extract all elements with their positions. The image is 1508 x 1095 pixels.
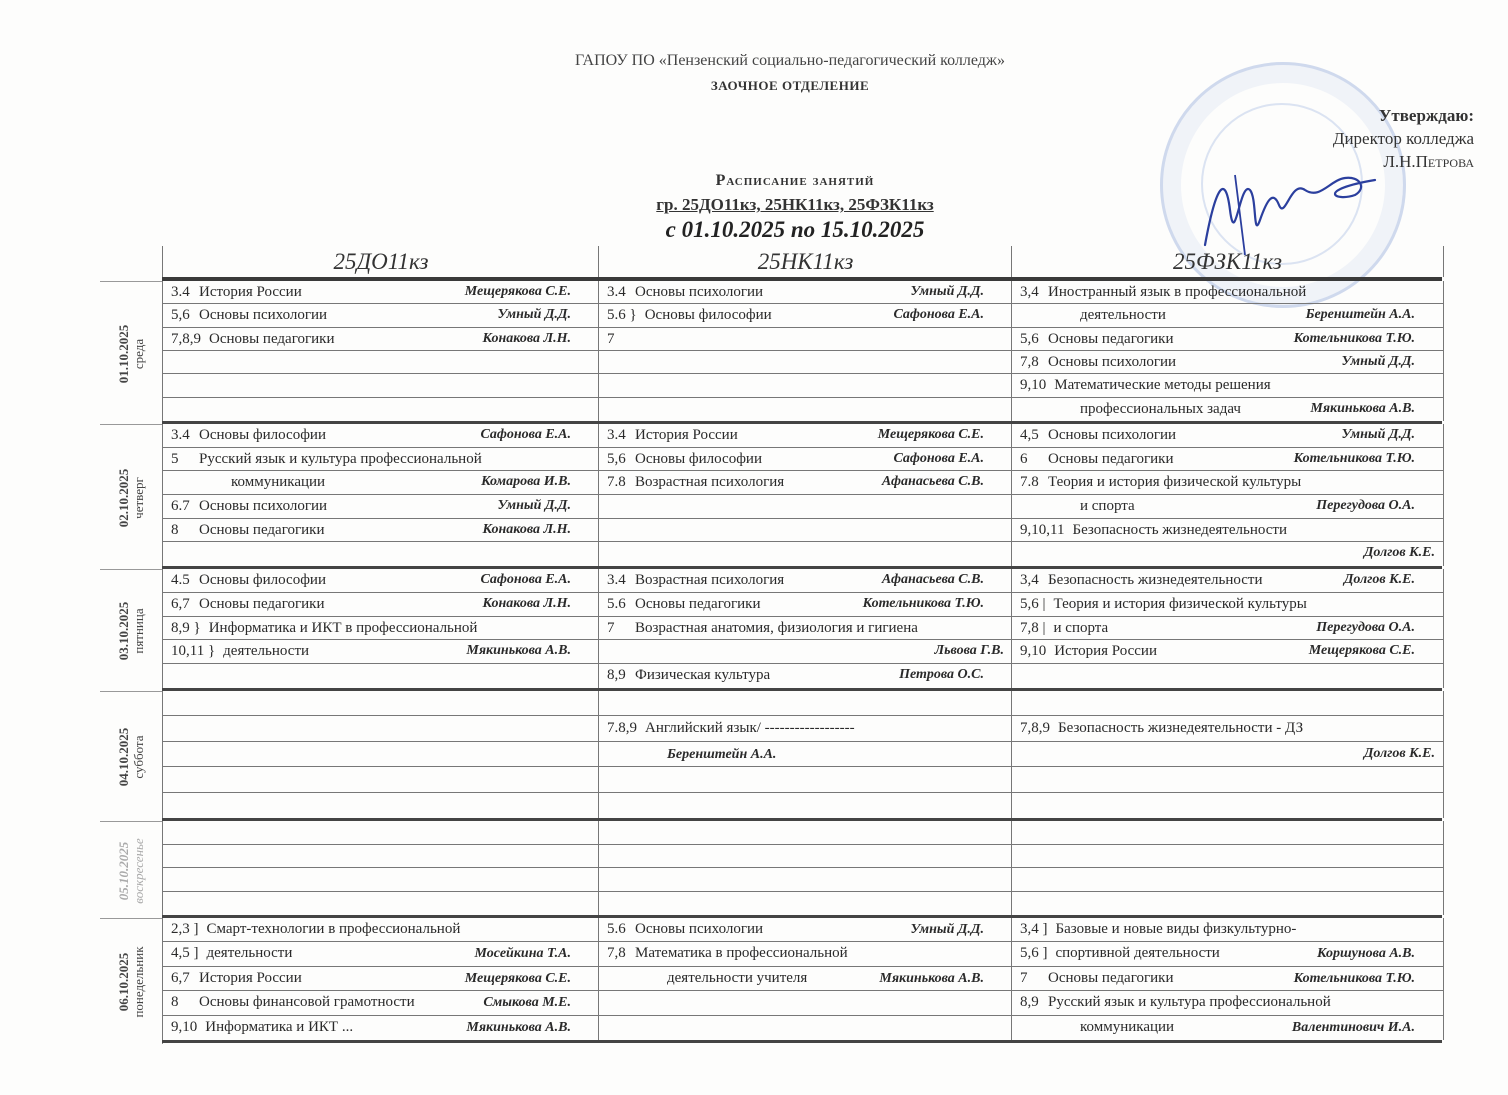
lesson-row (163, 716, 599, 741)
group-day-cell: 7.8,9Английский язык/ ------------------… (598, 691, 1012, 818)
lesson-row: 6,7Основы педагогикиКонакова Л.Н. (163, 593, 599, 617)
day-block: 4.5Основы философииСафонова Е.А.6,7Основ… (162, 569, 1442, 691)
lesson-number: 3,4 ] (1020, 918, 1048, 941)
lesson-teacher: Валентинович И.А. (1292, 1016, 1415, 1039)
lesson-row: 5Русский язык и культура профессионально… (163, 448, 599, 472)
day-block: 2,3 ]Смарт-технологии в профессиональной… (162, 918, 1442, 1043)
lesson-subject: Основы философии (635, 451, 762, 467)
lesson-number: 7,8,9 (171, 328, 201, 350)
lesson-teacher: Умный Д.Д. (497, 495, 571, 518)
lesson-subject: деятельности учителя (667, 970, 807, 986)
lesson-row (163, 351, 599, 374)
lesson-teacher: Мякинькова А.В. (1310, 398, 1415, 420)
lesson-number: 3,4 (1020, 281, 1040, 303)
lesson-teacher: Умный Д.Д. (910, 918, 984, 941)
lesson-row (163, 542, 599, 565)
lesson-subject: Безопасность жизнедеятельности - ДЗ (1058, 720, 1303, 736)
lesson-row: 7,8,9Основы педагогикиКонакова Л.Н. (163, 328, 599, 351)
group-header-3: 25ФЗК11кз (1011, 246, 1444, 277)
lesson-row: 5,6 |Теория и история физической культур… (1012, 593, 1443, 617)
lesson-teacher: Сафонова Е.А. (480, 424, 571, 447)
lesson-subject: деятельности (1080, 307, 1166, 323)
lesson-teacher: Умный Д.Д. (910, 281, 984, 303)
lesson-row: 9,10,11Безопасность жизнедеятельности (1012, 519, 1443, 543)
lesson-subject: Основы педагогики (1048, 451, 1173, 467)
lesson-row: 9,10История РоссииМещерякова С.Е. (1012, 640, 1443, 664)
day-date: 03.10.2025 (116, 602, 131, 661)
lesson-number: 7 (607, 328, 627, 350)
lesson-subject: Русский язык и культура профессиональной (199, 451, 482, 467)
lesson-row (163, 398, 599, 420)
day-label-cell: 06.10.2025понедельник (100, 918, 163, 1044)
lesson-row: 3,4Безопасность жизнедеятельностиДолгов … (1012, 569, 1443, 593)
day-weekday: среда (131, 324, 146, 383)
lesson-subject: Базовые и новые виды физкультурно- (1056, 921, 1297, 937)
group-day-cell: 3.4Основы философииСафонова Е.А.5Русский… (162, 424, 599, 566)
group-day-cell (598, 821, 1012, 915)
lesson-row (599, 542, 1012, 565)
group-day-cell: 5.6Основы психологииУмный Д.Д.7,8Математ… (598, 918, 1012, 1040)
day-label: 04.10.2025суббота (116, 728, 146, 787)
approval-block: Утверждаю: Директор колледжа Л.Н.Петрова (1333, 104, 1474, 173)
day-weekday: суббота (131, 728, 146, 787)
lesson-row: 5,6Основы психологииУмный Д.Д. (163, 304, 599, 327)
day-weekday: пятница (131, 602, 146, 661)
lesson-number: 3.4 (607, 281, 627, 303)
lesson-teacher: Афанасьева С.В. (882, 471, 984, 494)
lesson-row: 5,6Основы педагогикиКотельникова Т.Ю. (1012, 328, 1443, 351)
lesson-subject: Безопасность жизнедеятельности (1072, 522, 1287, 538)
lesson-row: 5,6 ]спортивной деятельностиКоршунова А.… (1012, 942, 1443, 966)
lesson-row: 4,5Основы психологииУмный Д.Д. (1012, 424, 1443, 448)
day-date: 04.10.2025 (116, 728, 131, 787)
lesson-row: 7Возрастная анатомия, физиология и гигие… (599, 617, 1012, 641)
lesson-subject: Основы психологии (635, 284, 763, 300)
approval-signer: Л.Н.Петрова (1333, 150, 1474, 173)
lesson-teacher: Мякинькова А.В. (879, 967, 984, 990)
lesson-number: 5,6 | (1020, 593, 1046, 616)
lesson-subject: и спорта (1054, 620, 1109, 636)
lesson-row (599, 868, 1012, 892)
lesson-subject: деятельности (223, 643, 309, 659)
lesson-number: 7.8 (1020, 471, 1040, 494)
period: с 01.10.2025 по 15.10.2025 (0, 217, 1508, 243)
lesson-row: 8Основы педагогикиКонакова Л.Н. (163, 519, 599, 543)
lesson-row (1012, 845, 1443, 869)
lesson-row (163, 892, 599, 915)
lesson-number: 9,10 (1020, 640, 1046, 663)
lesson-subject: Основы педагогики (209, 331, 334, 347)
lesson-teacher: Мещерякова С.Е. (1309, 640, 1415, 663)
lesson-number: 7.8,9 (607, 716, 637, 740)
lesson-row: 7.8Теория и история физической культуры (1012, 471, 1443, 495)
lesson-row: 5,6Основы философииСафонова Е.А. (599, 448, 1012, 472)
group-header-2: 25НК11кз (598, 246, 1012, 277)
lesson-subject: История России (199, 284, 302, 300)
lesson-number: 2,3 ] (171, 918, 199, 941)
lesson-subject: Математика в профессиональной (635, 945, 848, 961)
approval-heading: Утверждаю: (1333, 104, 1474, 127)
day-label: 05.10.2025воскресенье (116, 838, 146, 903)
lesson-row (599, 793, 1012, 817)
lesson-teacher: Перегудова О.А. (1316, 617, 1415, 640)
group-day-cell: 3.4Возрастная психологияАфанасьева С.В.5… (598, 569, 1012, 688)
lesson-subject: Русский язык и культура профессиональной (1048, 994, 1331, 1010)
lesson-row: 5.6 }Основы философииСафонова Е.А. (599, 304, 1012, 327)
lesson-teacher: Беренштейн А.А. (1306, 304, 1415, 326)
lesson-subject: Основы педагогики (199, 596, 324, 612)
group-day-cell: 3.4История РоссииМещерякова С.Е.5,6Основ… (162, 281, 599, 421)
lesson-row (599, 1016, 1012, 1039)
lesson-teacher: Конакова Л.Н. (483, 328, 571, 350)
lesson-row: Львова Г.В. (599, 640, 1012, 664)
lesson-subject: Математические методы решения (1054, 377, 1270, 393)
lesson-teacher: Мякинькова А.В. (466, 1016, 571, 1039)
lesson-subject: Возрастная анатомия, физиология и гигиен… (635, 620, 918, 636)
lesson-row (599, 374, 1012, 397)
lesson-teacher: Мещерякова С.Е. (878, 424, 984, 447)
lesson-row: 2,3 ]Смарт-технологии в профессиональной (163, 918, 599, 942)
lesson-row: 3.4История РоссииМещерякова С.Е. (163, 281, 599, 304)
lesson-row (163, 767, 599, 792)
approval-position: Директор колледжа (1333, 127, 1474, 150)
lesson-row (599, 495, 1012, 519)
lesson-row (1012, 892, 1443, 915)
lesson-row (163, 845, 599, 869)
lesson-row: деятельности учителяМякинькова А.В. (599, 967, 1012, 991)
lesson-row (599, 351, 1012, 374)
lesson-number: 8,9 (1020, 991, 1040, 1014)
lesson-row: 4.5Основы философииСафонова Е.А. (163, 569, 599, 593)
lesson-number: 4.5 (171, 569, 191, 592)
lesson-number: 5.6 (607, 593, 627, 616)
lesson-row: 8,9 }Информатика и ИКТ в профессионально… (163, 617, 599, 641)
lesson-row: деятельностиБеренштейн А.А. (1012, 304, 1443, 327)
lesson-row (1012, 821, 1443, 845)
lesson-row: 5.6Основы педагогикиКотельникова Т.Ю. (599, 593, 1012, 617)
day-date: 02.10.2025 (116, 468, 131, 527)
lesson-row (163, 868, 599, 892)
lesson-number: 5,6 (171, 304, 191, 326)
lesson-subject: Возрастная психология (635, 572, 784, 588)
lesson-number: 7,8,9 (1020, 716, 1050, 740)
group-day-cell: 2,3 ]Смарт-технологии в профессиональной… (162, 918, 599, 1040)
lesson-number: 9,10 (1020, 374, 1046, 396)
lesson-row (599, 691, 1012, 716)
lesson-number: 7,8 | (1020, 617, 1046, 640)
lesson-subject: Теория и история физической культуры (1048, 474, 1301, 490)
lesson-teacher: Котельникова Т.Ю. (1294, 448, 1415, 471)
lesson-row: 3.4Основы философииСафонова Е.А. (163, 424, 599, 448)
document-title: Расписание занятий (0, 172, 1508, 190)
lesson-row: 7.8Возрастная психологияАфанасьева С.В. (599, 471, 1012, 495)
group-day-cell (1011, 821, 1444, 915)
day-label: 03.10.2025пятница (116, 602, 146, 661)
lesson-number: 7 (1020, 967, 1040, 990)
lesson-row (163, 691, 599, 716)
lesson-number: 5,6 ] (1020, 942, 1048, 965)
lesson-row: 9,10Математические методы решения (1012, 374, 1443, 397)
lesson-subject: История России (199, 970, 302, 986)
lesson-subject: спортивной деятельности (1056, 945, 1220, 961)
lesson-teacher: Петрова О.С. (899, 664, 984, 687)
group-header-1: 25ДО11кз (162, 246, 599, 277)
day-label-cell: 02.10.2025четверг (100, 424, 163, 570)
lesson-subject: Основы педагогики (635, 596, 760, 612)
lesson-subject: Основы педагогики (1048, 970, 1173, 986)
lesson-teacher: Мякинькова А.В. (466, 640, 571, 663)
lesson-teacher: Коршунова А.В. (1317, 942, 1415, 965)
lesson-subject: Основы психологии (1048, 354, 1176, 370)
group-day-cell: 3,4Безопасность жизнедеятельностиДолгов … (1011, 569, 1444, 688)
lesson-number: 4,5 ] (171, 942, 199, 965)
lesson-number: 4,5 (1020, 424, 1040, 447)
lesson-number: 7 (607, 617, 627, 640)
lesson-subject: Основы философии (199, 572, 326, 588)
lesson-teacher: Умный Д.Д. (1341, 424, 1415, 447)
groups-line: гр. 25ДО11кз, 25НК11кз, 25ФЗК11кз (0, 195, 1508, 215)
lesson-teacher: Конакова Л.Н. (483, 593, 571, 616)
lesson-row (599, 398, 1012, 420)
group-day-cell (162, 821, 599, 915)
group-day-cell: 7,8,9Безопасность жизнедеятельности - ДЗ… (1011, 691, 1444, 818)
lesson-row: 7.8,9Английский язык/ ------------------ (599, 716, 1012, 741)
day-weekday: воскресенье (131, 838, 146, 903)
lesson-row (163, 793, 599, 817)
day-label: 01.10.2025среда (116, 324, 146, 383)
lesson-teacher: Комарова И.В. (481, 471, 571, 494)
lesson-subject: Информатика и ИКТ в профессиональной (209, 620, 478, 636)
lesson-number: 6,7 (171, 967, 191, 990)
lesson-subject: История России (1054, 643, 1157, 659)
day-label-cell: 04.10.2025суббота (100, 691, 163, 822)
lesson-subject: Основы педагогики (1048, 331, 1173, 347)
lesson-number: 7,8 (1020, 351, 1040, 373)
lesson-number: 6,7 (171, 593, 191, 616)
lesson-row: коммуникацииВалентинович И.А. (1012, 1016, 1443, 1039)
lesson-subject: Безопасность жизнедеятельности (1048, 572, 1263, 588)
lesson-row (599, 821, 1012, 845)
day-block: 3.4История РоссииМещерякова С.Е.5,6Основ… (162, 281, 1442, 424)
lesson-teacher: Львова Г.В. (935, 640, 1004, 663)
lesson-row (1012, 664, 1443, 687)
lesson-row: Долгов К.Е. (1012, 742, 1443, 767)
lesson-row (163, 742, 599, 767)
lesson-row: 8Основы финансовой грамотностиСмыкова М.… (163, 991, 599, 1015)
lesson-teacher: Конакова Л.Н. (483, 519, 571, 542)
lesson-number: 7,8 (607, 942, 627, 965)
lesson-number: 8,9 (607, 664, 627, 687)
lesson-number: 6.7 (171, 495, 191, 518)
lesson-teacher: Умный Д.Д. (1341, 351, 1415, 373)
lesson-subject: Основы психологии (1048, 427, 1176, 443)
lesson-row: 7 (599, 328, 1012, 351)
lesson-row (163, 374, 599, 397)
lesson-row: коммуникацииКомарова И.В. (163, 471, 599, 495)
lesson-subject: Основы финансовой грамотности (199, 994, 415, 1010)
lesson-row (163, 664, 599, 687)
group-day-cell: 3,4 ]Базовые и новые виды физкультурно-5… (1011, 918, 1444, 1040)
day-label: 06.10.2025понедельник (116, 946, 146, 1017)
lesson-row: 4,5 ]деятельностиМосейкина Т.А. (163, 942, 599, 966)
lesson-number: 9,10 (171, 1016, 197, 1039)
lesson-subject: Английский язык/ ------------------ (645, 720, 855, 736)
lesson-number: 8 (171, 991, 191, 1014)
lesson-subject: Информатика и ИКТ ... (205, 1019, 353, 1035)
group-day-cell: 3,4Иностранный язык в профессиональнойде… (1011, 281, 1444, 421)
lesson-row: 7,8 |и спортаПерегудова О.А. (1012, 617, 1443, 641)
lesson-subject: коммуникации (1080, 1019, 1174, 1035)
lesson-subject: профессиональных задач (1080, 401, 1241, 417)
day-block: 3.4Основы философииСафонова Е.А.5Русский… (162, 424, 1442, 569)
lesson-teacher: Умный Д.Д. (497, 304, 571, 326)
lesson-teacher: Сафонова Е.А. (893, 448, 984, 471)
lesson-teacher: Долгов К.Е. (1364, 742, 1435, 766)
day-block: 7.8,9Английский язык/ ------------------… (162, 691, 1442, 821)
lesson-number: 8 (171, 519, 191, 542)
lesson-number: 7.8 (607, 471, 627, 494)
lesson-number: 3,4 (1020, 569, 1040, 592)
lesson-number: 3.4 (171, 424, 191, 447)
lesson-teacher: Мещерякова С.Е. (465, 281, 571, 303)
lesson-row (599, 519, 1012, 543)
day-label: 02.10.2025четверг (116, 468, 146, 527)
lesson-row: 3,4 ]Базовые и новые виды физкультурно- (1012, 918, 1443, 942)
lesson-row: 7Основы педагогикиКотельникова Т.Ю. (1012, 967, 1443, 991)
lesson-row: 9,10Информатика и ИКТ ...Мякинькова А.В. (163, 1016, 599, 1039)
lesson-row: 8,9Русский язык и культура профессиональ… (1012, 991, 1443, 1015)
lesson-subject: Иностранный язык в профессиональной (1048, 284, 1306, 300)
lesson-subject: Возрастная психология (635, 474, 784, 490)
lesson-subject: Смарт-технологии в профессиональной (207, 921, 461, 937)
lesson-number: 3.4 (607, 569, 627, 592)
lesson-row: 6,7История РоссииМещерякова С.Е. (163, 967, 599, 991)
lesson-teacher: Долгов К.Е. (1364, 542, 1435, 565)
lesson-row (1012, 793, 1443, 817)
lesson-teacher: Афанасьева С.В. (882, 569, 984, 592)
lesson-subject: Основы психологии (199, 498, 327, 514)
lesson-number: 5.6 (607, 918, 627, 941)
group-day-cell (162, 691, 599, 818)
group-day-cell: 4.5Основы философииСафонова Е.А.6,7Основ… (162, 569, 599, 688)
lesson-number: 8,9 } (171, 617, 201, 640)
lesson-number: 3.4 (607, 424, 627, 447)
lesson-number: 3.4 (171, 281, 191, 303)
lesson-row: Долгов К.Е. (1012, 542, 1443, 565)
lesson-teacher: Мещерякова С.Е. (465, 967, 571, 990)
lesson-teacher: Котельникова Т.Ю. (863, 593, 984, 616)
lesson-number: 5,6 (1020, 328, 1040, 350)
lesson-teacher: Смыкова М.Е. (483, 991, 571, 1014)
lesson-row: и спортаПерегудова О.А. (1012, 495, 1443, 519)
group-day-cell: 3.4Основы психологииУмный Д.Д.5.6 }Основ… (598, 281, 1012, 421)
lesson-subject: и спорта (1080, 498, 1135, 514)
day-date: 06.10.2025 (116, 946, 131, 1017)
lesson-number: 6 (1020, 448, 1040, 471)
lesson-teacher: Котельникова Т.Ю. (1294, 328, 1415, 350)
lesson-subject: Основы психологии (635, 921, 763, 937)
lesson-row (163, 821, 599, 845)
group-day-cell: 4,5Основы психологииУмный Д.Д.6Основы пе… (1011, 424, 1444, 566)
lesson-teacher: Мосейкина Т.А. (475, 942, 571, 965)
lesson-row: 3.4Возрастная психологияАфанасьева С.В. (599, 569, 1012, 593)
day-label-cell: 03.10.2025пятница (100, 569, 163, 692)
lesson-row: 10,11 }деятельностиМякинькова А.В. (163, 640, 599, 664)
lesson-row: 8,9Физическая культураПетрова О.С. (599, 664, 1012, 687)
lesson-row (1012, 868, 1443, 892)
lesson-row: Беренштейн А.А. (599, 742, 1012, 767)
lesson-subject: Теория и история физической культуры (1054, 596, 1307, 612)
lesson-row (599, 845, 1012, 869)
lesson-row: 3.4Основы психологииУмный Д.Д. (599, 281, 1012, 304)
lesson-row: 7,8Математика в профессиональной (599, 942, 1012, 966)
lesson-teacher: Перегудова О.А. (1316, 495, 1415, 518)
lesson-row: 6.7Основы психологииУмный Д.Д. (163, 495, 599, 519)
day-weekday: понедельник (131, 946, 146, 1017)
lesson-teacher: Сафонова Е.А. (480, 569, 571, 592)
lesson-row: 3,4Иностранный язык в профессиональной (1012, 281, 1443, 304)
lesson-subject: Основы психологии (199, 307, 327, 323)
lesson-subject: Основы философии (645, 307, 772, 323)
lesson-subject: Основы педагогики (199, 522, 324, 538)
lesson-number: 5,6 (607, 448, 627, 471)
day-block (162, 821, 1442, 918)
lesson-row: 6Основы педагогикиКотельникова Т.Ю. (1012, 448, 1443, 472)
lesson-row: 5.6Основы психологииУмный Д.Д. (599, 918, 1012, 942)
lesson-teacher: Долгов К.Е. (1344, 569, 1415, 592)
lesson-row: 7,8,9Безопасность жизнедеятельности - ДЗ (1012, 716, 1443, 741)
lesson-teacher: Котельникова Т.Ю. (1294, 967, 1415, 990)
lesson-subject: История России (635, 427, 738, 443)
lesson-row (1012, 691, 1443, 716)
lesson-number: 5.6 } (607, 304, 637, 326)
lesson-row (599, 892, 1012, 915)
lesson-row: профессиональных задачМякинькова А.В. (1012, 398, 1443, 420)
lesson-number: 10,11 } (171, 640, 215, 663)
day-date: 05.10.2025 (116, 838, 131, 903)
day-date: 01.10.2025 (116, 324, 131, 383)
day-label-cell: 05.10.2025воскресенье (100, 821, 163, 919)
lesson-row (599, 767, 1012, 792)
day-weekday: четверг (131, 468, 146, 527)
lesson-row (599, 991, 1012, 1015)
lesson-row: 3.4История РоссииМещерякова С.Е. (599, 424, 1012, 448)
lesson-subject: деятельности (207, 945, 293, 961)
lesson-subject: Физическая культура (635, 667, 770, 683)
lesson-subject: Беренштейн А.А. (667, 747, 776, 762)
lesson-teacher: Сафонова Е.А. (893, 304, 984, 326)
lesson-row (1012, 767, 1443, 792)
group-day-cell: 3.4История РоссииМещерякова С.Е.5,6Основ… (598, 424, 1012, 566)
lesson-number: 5 (171, 448, 191, 471)
lesson-subject: коммуникации (231, 474, 325, 490)
lesson-number: 9,10,11 (1020, 519, 1064, 542)
lesson-subject: Основы философии (199, 427, 326, 443)
lesson-row: 7,8Основы психологииУмный Д.Д. (1012, 351, 1443, 374)
day-label-cell: 01.10.2025среда (100, 281, 163, 425)
